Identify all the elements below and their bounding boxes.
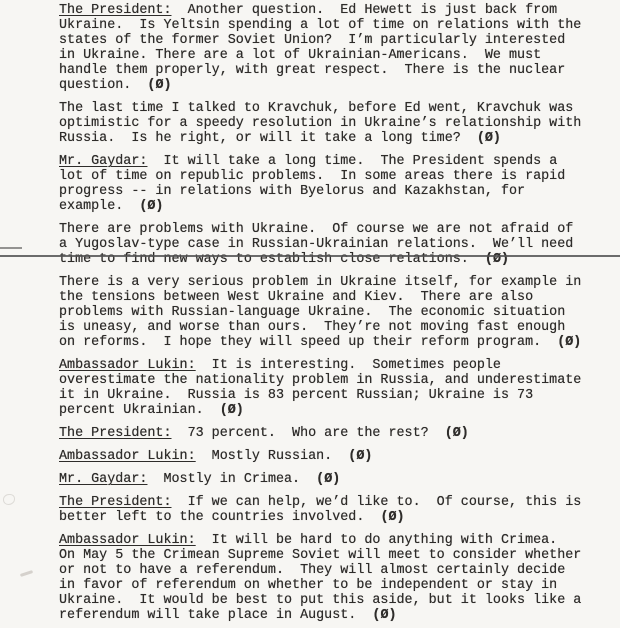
scan-dash-artifact [0,247,22,249]
paragraph: The President: Another question. Ed Hewe… [59,3,620,93]
speaker-label: Ambassador Lukin: [59,533,196,548]
paragraph: The President: 73 percent. Who are the r… [59,426,620,441]
speaker-label: The President: [59,426,172,441]
document-page: The President: Another question. Ed Hewe… [0,0,620,628]
paragraph: There is a very serious problem in Ukrai… [59,275,620,350]
declassification-mark: (Ø) [372,608,396,623]
declassification-mark: (Ø) [220,403,244,418]
paragraph: Ambassador Lukin: Mostly Russian. (Ø) [59,449,620,464]
declassification-mark: (Ø) [445,426,469,441]
scan-line-artifact [0,255,620,257]
paragraph: Mr. Gaydar: It will take a long time. Th… [59,154,620,214]
declassification-mark: (Ø) [348,449,372,464]
speaker-label: The President: [59,495,172,510]
declassification-mark: (Ø) [557,335,581,350]
paragraph: The President: If we can help, we’d like… [59,495,620,525]
speaker-label: Mr. Gaydar: [59,472,147,487]
paragraph: There are problems with Ukraine. Of cour… [59,222,620,267]
paragraph: Mr. Gaydar: Mostly in Crimea. (Ø) [59,472,620,487]
declassification-mark: (Ø) [147,78,171,93]
paragraph-text: Mostly Russian. [196,449,349,464]
paragraph: Ambassador Lukin: It will be hard to do … [59,533,620,623]
paragraph-text: The last time I talked to Kravchuk, befo… [59,101,581,146]
speaker-label: Mr. Gaydar: [59,154,147,169]
paragraph-text: There is a very serious problem in Ukrai… [59,275,581,350]
paragraph-text: 73 percent. Who are the rest? [172,426,445,441]
paragraph: The last time I talked to Kravchuk, befo… [59,101,620,146]
declassification-mark: (Ø) [316,472,340,487]
declassification-mark: (Ø) [477,131,501,146]
speaker-label: Ambassador Lukin: [59,358,196,373]
paragraph-text: Mostly in Crimea. [147,472,316,487]
paragraph: Ambassador Lukin: It is interesting. Som… [59,358,620,418]
speaker-label: The President: [59,3,172,18]
speaker-label: Ambassador Lukin: [59,449,196,464]
declassification-mark: (Ø) [380,510,404,525]
declassification-mark: (Ø) [139,199,163,214]
